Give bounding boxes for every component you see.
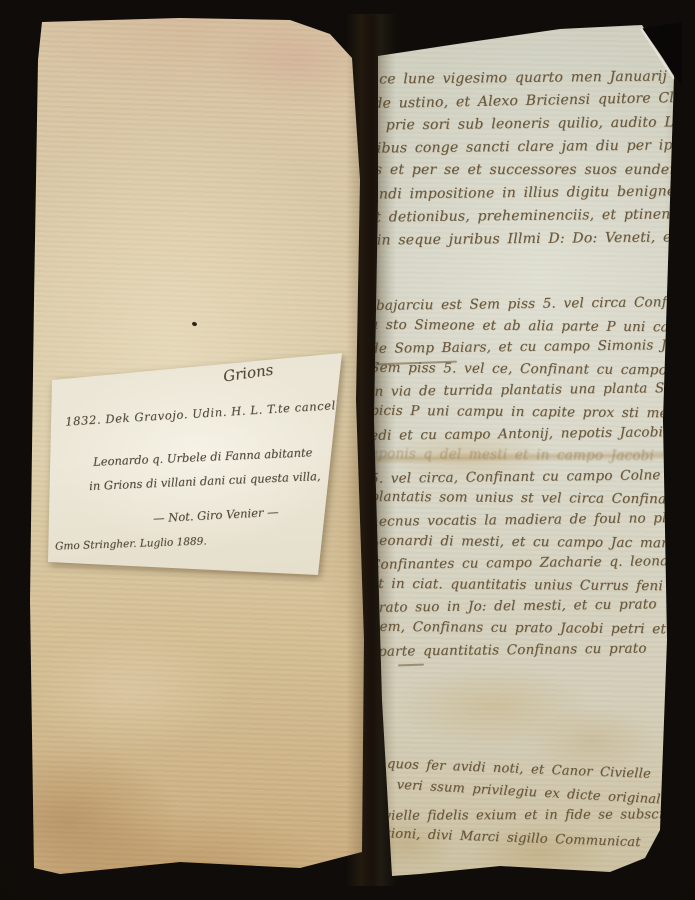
right-manuscript-page: ce lune vigesimo quarto men Januarij dni… (368, 18, 680, 878)
manuscript-line: plantatis som unius st vel circa Confina… (366, 489, 674, 513)
manuscript-line: Confinantes cu campo Zacharie q. leonard… (366, 553, 674, 578)
manuscript-line-faded: eponis q del mesti et in campo Jacobi (366, 446, 674, 470)
binding-fold-shadow (346, 14, 396, 886)
ink-spot (191, 321, 197, 326)
manuscript-line: e prie sori sub leoneris quilio, audito … (366, 114, 674, 140)
label-date-line: Gmo Stringher. Luglio 1889. (55, 535, 207, 552)
manuscript-line: prato suo in Jo: del mesti, et cu prato (366, 596, 674, 621)
manuscript-line: bajarciu est Sem piss 5. vel circa Confi… (372, 294, 674, 319)
manuscript-line: ribus conge sancti clare jam diu per ips… (366, 137, 674, 163)
archival-label: Grions 1832. Dek Gravojo. Udin. H. L. T.… (45, 348, 350, 583)
label-line: Leonardo q. Urbele di Fanna abitante (93, 445, 313, 469)
manuscript-block-bottom: quos fer avidi noti, et Canor Civielle v… (365, 759, 675, 857)
manuscript-line: parte quantitatis Confinans cu prato (374, 640, 674, 665)
manuscript-line: Sem, Confinans cu prato Jacobi petri et … (366, 619, 674, 643)
manuscript-line: de Somp Baiars, et cu campo Simonis Jo: … (366, 337, 674, 362)
manuscript-line: in via de turrida plantatis una planta S… (366, 380, 674, 405)
manuscript-block-middle: bajarciu est Sem piss 5. vel circa Confi… (366, 296, 674, 663)
left-parchment-page: Grions 1832. Dek Gravojo. Udin. H. L. T.… (26, 16, 374, 882)
label-paper: Grions 1832. Dek Gravojo. Udin. H. L. T.… (45, 348, 350, 583)
manuscript-line: it detionibus, preheminenciis, et ptinen… (366, 206, 674, 232)
manuscript-line: in seque juribus Illmi D: Do: Veneti, et… (373, 229, 675, 255)
manuscript-line: hecnus vocatis la madiera de foul no pla… (366, 510, 674, 535)
label-corner-note: Grions (222, 361, 274, 386)
label-line: in Grions di villani dani cui questa vil… (89, 469, 321, 493)
manuscript-line: andi impositione in illius digitu benign… (366, 183, 674, 209)
manuscript-line: picis P uni campu in capite prox sti med… (366, 403, 674, 427)
manuscript-line: ationi, divi Marci sigillo Communicat (373, 826, 674, 859)
label-line: 1832. Dek Gravojo. Udin. H. L. T.te canc… (65, 397, 348, 428)
manuscript-block-top: ce lune vigesimo quarto men Januarij dni… (365, 68, 675, 255)
label-signature-line: — Not. Giro Venier — (153, 505, 279, 526)
manuscript-photo: ce lune vigesimo quarto men Januarij dni… (0, 0, 695, 900)
manuscript-line: is et per se et successores suos eundem … (366, 162, 674, 185)
